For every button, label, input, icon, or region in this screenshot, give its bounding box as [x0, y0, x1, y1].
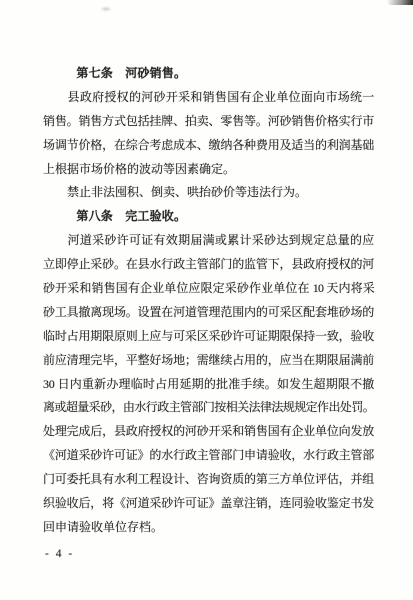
text-line: 县政府授权的河砂开采和销售国有企业单位面向市场统一 [43, 86, 374, 110]
text-line: 离或超量采砂，由水行政主管部门按相关法律法规规定作出处罚。 [43, 396, 374, 420]
text-line: 回申请验收单位存档。 [43, 516, 374, 540]
document-body: 第七条 河砂销售。 县政府授权的河砂开采和销售国有企业单位面向市场统一 销售。销… [43, 62, 374, 540]
text-line: 门可委托具有水利工程设计、咨询资质的第三方单位评估，并组 [43, 468, 374, 492]
text-line: 上根据市场价格的波动等因素确定。 [43, 158, 374, 182]
text-line: 禁止非法囤积、倒卖、哄抬砂价等违法行为。 [43, 181, 374, 205]
text-line: 处理完成后，县政府授权的河砂开采和销售国有企业单位向发放 [43, 420, 374, 444]
scan-artifact-corner-smudge [387, 0, 413, 5]
article-7-heading: 第七条 河砂销售。 [43, 62, 374, 86]
text-line: 织验收后，将《河道采砂许可证》盖章注销，连同验收鉴定书发 [43, 492, 374, 516]
text-line: 场调节价格，在综合考虑成本、缴纳各种费用及适当的利润基础 [43, 134, 374, 158]
text-line: 河道采砂许可证有效期届满或累计采砂达到规定总量的应 [43, 229, 374, 253]
scanned-document-page: 第七条 河砂销售。 县政府授权的河砂开采和销售国有企业单位面向市场统一 销售。销… [0, 0, 413, 600]
text-line: 《河道采砂许可证》的水行政主管部门申请验收，水行政主管部 [43, 444, 374, 468]
text-line: 前应清理完毕，平整好场地；需继续占用的，应当在期限届满前 [43, 349, 374, 373]
scan-artifact-faint-smudge [100, 6, 112, 12]
text-line: 立即停止采砂。在县水行政主管部门的监管下，县政府授权的河 [43, 253, 374, 277]
text-line: 30 日内重新办理临时占用延期的批准手续。如发生超期限不撤 [43, 373, 374, 397]
text-line: 销售。销售方式包括挂牌、拍卖、零售等。河砂销售价格实行市 [43, 110, 374, 134]
text-line: 砂工具撤离现场。设置在河道管理范围内的可采区配套堆砂场的 [43, 301, 374, 325]
text-line: 砂开采和销售国有企业单位应限定采砂作业单位在 10 天内将采 [43, 277, 374, 301]
text-line: 临时占用期限原则上应与可采区采砂许可证期限保持一致，验收 [43, 325, 374, 349]
article-8-heading: 第八条 完工验收。 [43, 205, 374, 229]
page-number: - 4 - [45, 548, 74, 560]
